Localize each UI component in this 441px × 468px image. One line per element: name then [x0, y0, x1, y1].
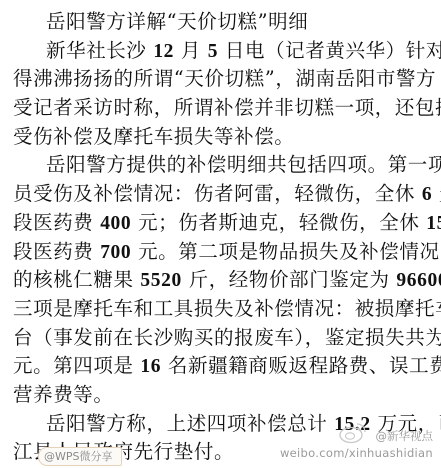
text-line: 受记者采访时称，所谓补偿并非切糕一项，还包括人员 — [13, 94, 431, 123]
text-line: 三项是摩托车和工具损失及补偿情况：被损摩托车 16 — [13, 295, 431, 324]
text-line: 营养费等。 — [13, 381, 431, 410]
text-line: 得沸沸扬扬的所谓“天价切糕”，湖南岳阳市警方 5 日接 — [13, 65, 431, 94]
weibo-account-watermark: @新华视点 — [376, 428, 434, 444]
wps-share-badge: @WPS微分享 — [38, 447, 122, 466]
weibo-logo-icon — [338, 420, 368, 444]
text-line: 段医药费 400 元；伤者斯迪克，轻微伤，全休 15 天，后 — [13, 209, 431, 238]
text-line: 台（事发前在长沙购买的报废车），鉴定损失共为 6825 — [13, 324, 431, 353]
text-line: 的核桃仁糖果 5520 斤，经物价部门鉴定为 96600 元。第 — [13, 266, 431, 295]
text-line: 受伤补偿及摩托车损失等补偿。 — [13, 123, 431, 152]
article-body: 新华社长沙 12 月 5 日电（记者黄兴华）针对外界传得沸沸扬扬的所谓“天价切糕… — [13, 37, 431, 467]
article-title: 岳阳警方详解“天价切糕”明细 — [13, 8, 431, 37]
text-line: 员受伤及补偿情况：伤者阿雷，轻微伤，全休 6 天，后 — [13, 180, 431, 209]
weibo-url-watermark: weibo.com/xinhuashidian — [280, 446, 433, 460]
text-line: 新华社长沙 12 月 5 日电（记者黄兴华）针对外界传 — [13, 37, 431, 66]
text-line: 元。第四项是 16 名新疆籍商贩返程路费、误工费、伤者 — [13, 352, 431, 381]
text-line: 段医药费 700 元。第二项是物品损失及补偿情况：损坏 — [13, 238, 431, 267]
article: 岳阳警方详解“天价切糕”明细 新华社长沙 12 月 5 日电（记者黄兴华）针对外… — [13, 8, 431, 467]
text-line: 岳阳警方提供的补偿明细共包括四项。第一项是人 — [13, 151, 431, 180]
text-line: 岳阳警方称，上述四项补偿总计 15.2 万元，已由平 — [13, 410, 431, 439]
